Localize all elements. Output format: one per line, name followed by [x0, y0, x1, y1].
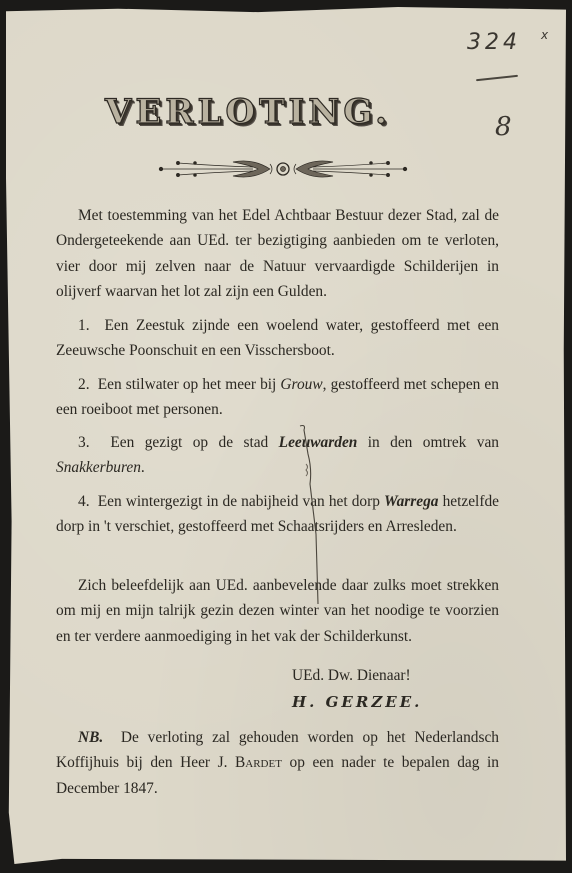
- item-text-after: .: [141, 459, 145, 476]
- item-text-middle: in den omtrek van: [368, 434, 499, 451]
- signature-name: H. GERZEE.: [292, 693, 422, 711]
- document-title: VERLOTING.: [105, 92, 465, 132]
- painting-item-2: 2. Een stilwater op het meer bij Grouw, …: [56, 372, 499, 423]
- item-text: Een stilwater op het meer bij: [98, 376, 277, 393]
- signature-salutation: UEd. Dw. Dienaar!: [292, 667, 411, 685]
- item-number: 3.: [78, 434, 90, 451]
- note-paragraph: NB. De verloting zal gehouden worden op …: [56, 725, 499, 801]
- catalog-number-annotation: 324: [467, 30, 521, 55]
- paper-crack: [298, 424, 338, 604]
- sheet-number-annotation: 8: [495, 112, 512, 142]
- ornament-icon: [158, 158, 408, 180]
- item-text: Een gezigt op de stad: [110, 434, 268, 451]
- note-host: Bardet: [235, 754, 282, 771]
- painting-item-1: 1. Een Zeestuk zijnde een woelend water,…: [56, 313, 499, 364]
- item-number: 1.: [78, 317, 90, 334]
- intro-text: Met toestemming van het Edel Achtbaar Be…: [56, 207, 499, 300]
- catalog-mark-annotation: x: [541, 28, 548, 42]
- painting-item-3: 3. Een gezigt op de stad Leeuwarden in d…: [56, 430, 499, 481]
- note-label: NB.: [78, 729, 103, 746]
- item-place: Grouw: [280, 376, 322, 393]
- painting-item-4: 4. Een wintergezigt in de nabijheid van …: [56, 489, 499, 540]
- closing-paragraph: Zich beleefdelijk aan UEd. aanbevelende …: [56, 573, 499, 649]
- item-place: Warrega: [384, 493, 438, 510]
- closing-text: Zich beleefdelijk aan UEd. aanbevelende …: [56, 577, 499, 645]
- item-place-2: Snakkerburen: [56, 459, 141, 476]
- intro-paragraph: Met toestemming van het Edel Achtbaar Be…: [56, 203, 499, 305]
- item-text: Een Zeestuk zijnde een woelend water, ge…: [56, 317, 499, 359]
- item-number: 4.: [78, 493, 90, 510]
- item-number: 2.: [78, 376, 90, 393]
